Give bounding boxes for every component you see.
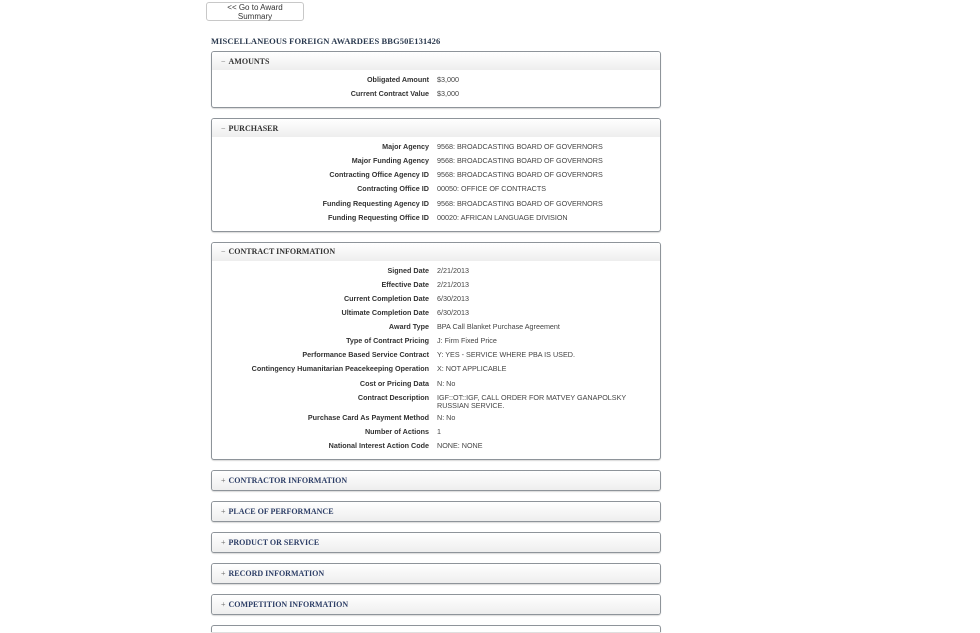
field-label: Current Completion Date bbox=[212, 292, 437, 306]
field-value: 9568: BROADCASTING BOARD OF GOVERNORS bbox=[437, 140, 647, 154]
field-row: Funding Requesting Agency ID9568: BROADC… bbox=[212, 197, 660, 211]
section-amounts: −AMOUNTSObligated Amount$3,000Current Co… bbox=[211, 51, 661, 108]
section-title: CONTRACT INFORMATION bbox=[229, 247, 336, 256]
field-row: National Interest Action CodeNONE: NONE bbox=[212, 439, 660, 453]
field-row: Current Contract Value$3,000 bbox=[212, 87, 660, 101]
section-header-place-of-performance[interactable]: +PLACE OF PERFORMANCE bbox=[212, 502, 660, 521]
field-value: Y: YES - SERVICE WHERE PBA IS USED. bbox=[437, 348, 647, 362]
section-body: Obligated Amount$3,000Current Contract V… bbox=[212, 70, 660, 107]
field-value: N: No bbox=[437, 411, 647, 425]
field-label: Performance Based Service Contract bbox=[212, 348, 437, 362]
field-row: Major Agency9568: BROADCASTING BOARD OF … bbox=[212, 140, 660, 154]
field-row: Contingency Humanitarian Peacekeeping Op… bbox=[212, 362, 660, 376]
field-value: 9568: BROADCASTING BOARD OF GOVERNORS bbox=[437, 154, 647, 168]
field-row: Effective Date2/21/2013 bbox=[212, 278, 660, 292]
field-value: J: Firm Fixed Price bbox=[437, 334, 647, 348]
field-row: Performance Based Service ContractY: YES… bbox=[212, 348, 660, 362]
field-row: Contract DescriptionIGF::OT::IGF, CALL O… bbox=[212, 391, 660, 411]
section-header-purchaser[interactable]: −PURCHASER bbox=[212, 119, 660, 137]
field-value: 1 bbox=[437, 425, 647, 439]
field-value: NONE: NONE bbox=[437, 439, 647, 453]
section-title: CONTRACTOR INFORMATION bbox=[229, 476, 348, 485]
field-value: $3,000 bbox=[437, 73, 647, 87]
section-title: RECORD INFORMATION bbox=[229, 569, 325, 578]
section-header-record-information[interactable]: +RECORD INFORMATION bbox=[212, 564, 660, 583]
field-row: Type of Contract PricingJ: Firm Fixed Pr… bbox=[212, 334, 660, 348]
section-title: AMOUNTS bbox=[229, 57, 270, 66]
go-to-award-summary-button[interactable]: << Go to Award Summary bbox=[206, 2, 304, 21]
sections-container: −AMOUNTSObligated Amount$3,000Current Co… bbox=[211, 51, 661, 632]
field-row: Contracting Office Agency ID9568: BROADC… bbox=[212, 168, 660, 182]
field-label: Contracting Office Agency ID bbox=[212, 168, 437, 182]
field-row: Obligated Amount$3,000 bbox=[212, 73, 660, 87]
field-row: Funding Requesting Office ID00020: AFRIC… bbox=[212, 211, 660, 225]
field-label: Funding Requesting Office ID bbox=[212, 211, 437, 225]
section-title: COMPETITION INFORMATION bbox=[229, 600, 349, 609]
field-label: Current Contract Value bbox=[212, 87, 437, 101]
field-row: Ultimate Completion Date6/30/2013 bbox=[212, 306, 660, 320]
field-row: Signed Date2/21/2013 bbox=[212, 264, 660, 278]
field-label: Award Type bbox=[212, 320, 437, 334]
section-place-of-performance: +PLACE OF PERFORMANCE bbox=[211, 501, 661, 522]
section-header-contractor-information[interactable]: +CONTRACTOR INFORMATION bbox=[212, 471, 660, 490]
field-row: Current Completion Date6/30/2013 bbox=[212, 292, 660, 306]
field-label: Signed Date bbox=[212, 264, 437, 278]
expand-icon[interactable]: + bbox=[221, 476, 226, 485]
field-value: 9568: BROADCASTING BOARD OF GOVERNORS bbox=[437, 197, 647, 211]
collapse-icon[interactable]: − bbox=[221, 247, 226, 256]
field-row: Cost or Pricing DataN: No bbox=[212, 377, 660, 391]
field-row: Purchase Card As Payment MethodN: No bbox=[212, 411, 660, 425]
section-competition-information: +COMPETITION INFORMATION bbox=[211, 594, 661, 615]
field-label: Effective Date bbox=[212, 278, 437, 292]
field-label: Number of Actions bbox=[212, 425, 437, 439]
section-product-or-service: +PRODUCT OR SERVICE bbox=[211, 532, 661, 553]
section-header-contract-information[interactable]: −CONTRACT INFORMATION bbox=[212, 243, 660, 261]
field-value: $3,000 bbox=[437, 87, 647, 101]
collapse-icon[interactable]: − bbox=[221, 124, 226, 133]
section-title: PRODUCT OR SERVICE bbox=[229, 538, 320, 547]
section-purchaser: −PURCHASERMajor Agency9568: BROADCASTING… bbox=[211, 118, 661, 232]
field-value: 2/21/2013 bbox=[437, 278, 647, 292]
section-contract-information: −CONTRACT INFORMATIONSigned Date2/21/201… bbox=[211, 242, 661, 460]
section-body: Signed Date2/21/2013Effective Date2/21/2… bbox=[212, 261, 660, 459]
field-value: 2/21/2013 bbox=[437, 264, 647, 278]
field-label: Funding Requesting Agency ID bbox=[212, 197, 437, 211]
field-label: Contract Description bbox=[212, 391, 437, 411]
field-value: 00050: OFFICE OF CONTRACTS bbox=[437, 182, 647, 196]
section-partial-offscreen bbox=[211, 625, 661, 632]
field-label: Type of Contract Pricing bbox=[212, 334, 437, 348]
field-row: Major Funding Agency9568: BROADCASTING B… bbox=[212, 154, 660, 168]
expand-icon[interactable]: + bbox=[221, 538, 226, 547]
section-body: Major Agency9568: BROADCASTING BOARD OF … bbox=[212, 137, 660, 231]
field-label: Contingency Humanitarian Peacekeeping Op… bbox=[212, 362, 437, 376]
field-label: Major Funding Agency bbox=[212, 154, 437, 168]
section-contractor-information: +CONTRACTOR INFORMATION bbox=[211, 470, 661, 491]
field-label: Purchase Card As Payment Method bbox=[212, 411, 437, 425]
section-title: PLACE OF PERFORMANCE bbox=[229, 507, 334, 516]
field-value: X: NOT APPLICABLE bbox=[437, 362, 647, 376]
field-row: Number of Actions1 bbox=[212, 425, 660, 439]
field-label: Cost or Pricing Data bbox=[212, 377, 437, 391]
field-value: 6/30/2013 bbox=[437, 292, 647, 306]
field-value: BPA Call Blanket Purchase Agreement bbox=[437, 320, 647, 334]
section-header-amounts[interactable]: −AMOUNTS bbox=[212, 52, 660, 70]
field-label: Contracting Office ID bbox=[212, 182, 437, 196]
field-value: 9568: BROADCASTING BOARD OF GOVERNORS bbox=[437, 168, 647, 182]
expand-icon[interactable]: + bbox=[221, 507, 226, 516]
field-value: IGF::OT::IGF, CALL ORDER FOR MATVEY GANA… bbox=[437, 391, 647, 411]
field-label: National Interest Action Code bbox=[212, 439, 437, 453]
field-row: Award TypeBPA Call Blanket Purchase Agre… bbox=[212, 320, 660, 334]
field-row: Contracting Office ID00050: OFFICE OF CO… bbox=[212, 182, 660, 196]
section-title: PURCHASER bbox=[229, 124, 279, 133]
section-header-competition-information[interactable]: +COMPETITION INFORMATION bbox=[212, 595, 660, 614]
expand-icon[interactable]: + bbox=[221, 600, 226, 609]
collapse-icon[interactable]: − bbox=[221, 57, 226, 66]
field-value: 00020: AFRICAN LANGUAGE DIVISION bbox=[437, 211, 647, 225]
section-record-information: +RECORD INFORMATION bbox=[211, 563, 661, 584]
expand-icon[interactable]: + bbox=[221, 569, 226, 578]
field-label: Ultimate Completion Date bbox=[212, 306, 437, 320]
field-value: N: No bbox=[437, 377, 647, 391]
field-value: 6/30/2013 bbox=[437, 306, 647, 320]
field-label: Major Agency bbox=[212, 140, 437, 154]
section-header-product-or-service[interactable]: +PRODUCT OR SERVICE bbox=[212, 533, 660, 552]
record-title: MISCELLANEOUS FOREIGN AWARDEES BBG50E131… bbox=[211, 36, 440, 46]
field-label: Obligated Amount bbox=[212, 73, 437, 87]
